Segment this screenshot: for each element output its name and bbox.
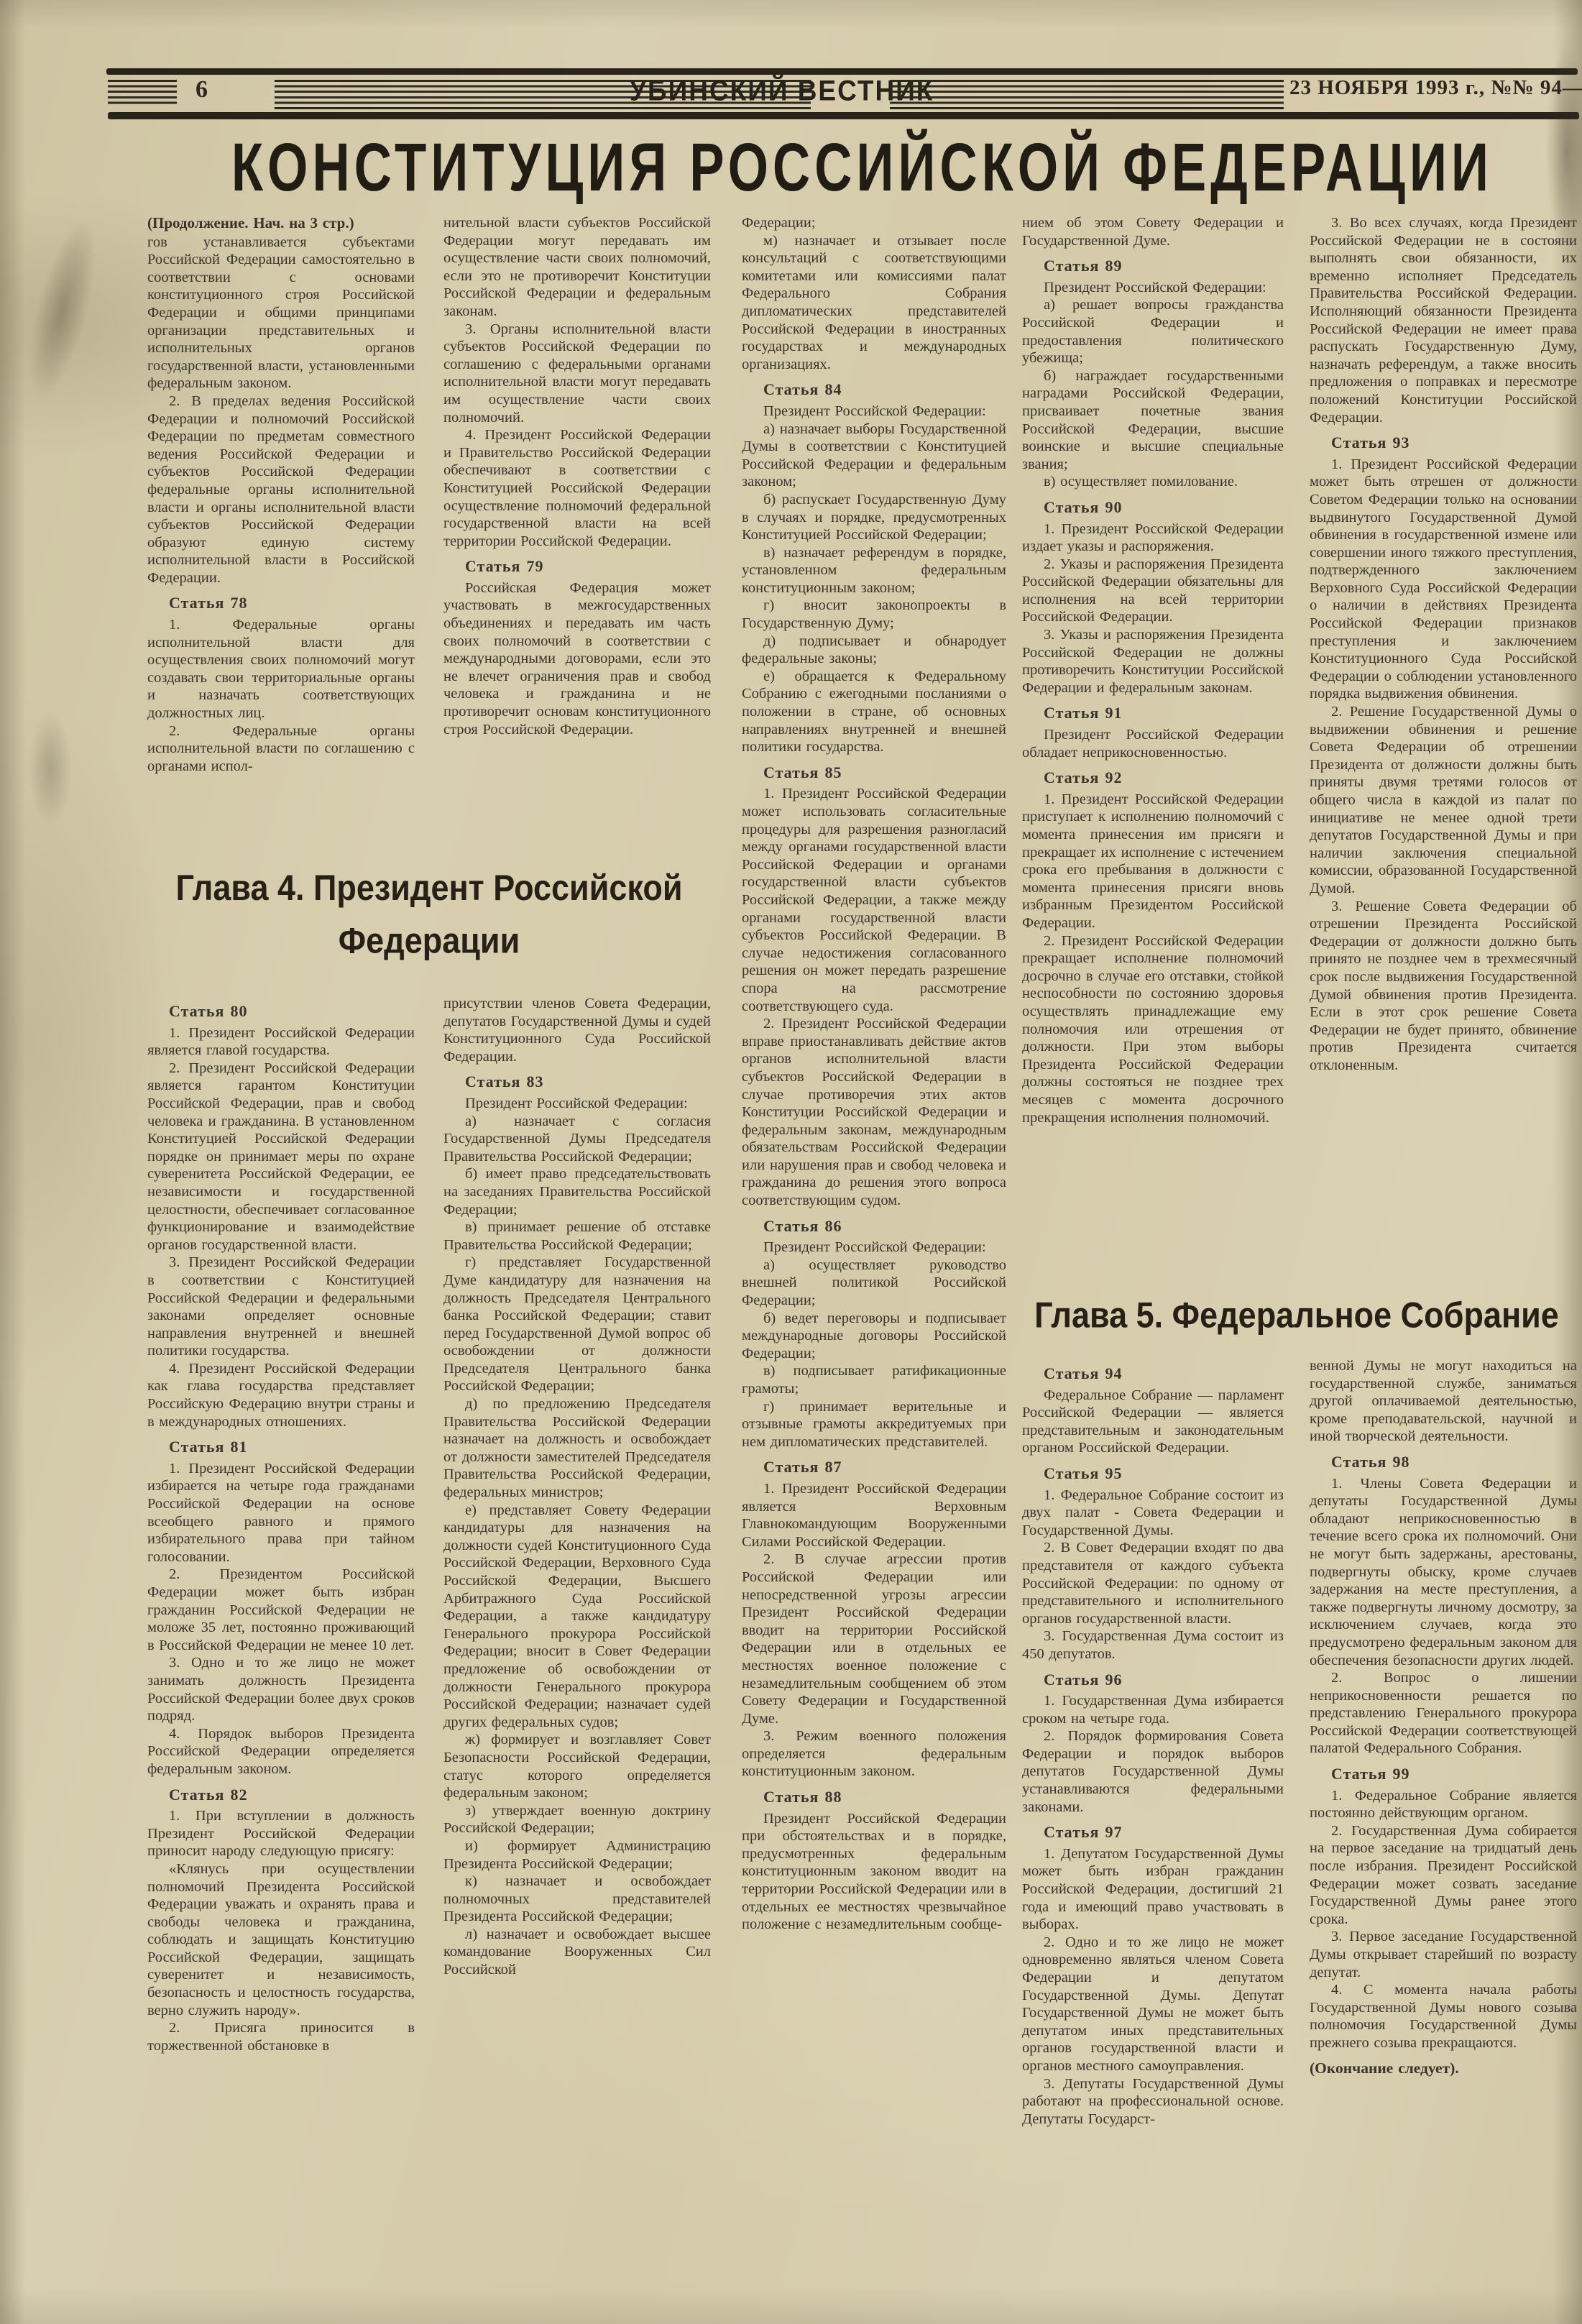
- paragraph: 2. Федеральные органы исполнительной вла…: [147, 722, 415, 776]
- article-heading: Статья 96: [1022, 1671, 1284, 1689]
- paragraph: венной Думы не могут находиться на госуд…: [1310, 1357, 1577, 1446]
- paragraph: 2. Порядок формирования Совета Федерации…: [1022, 1727, 1284, 1816]
- paragraph: б) ведет переговоры и подписывает междун…: [742, 1310, 1006, 1363]
- paragraph: Президент Российской Федерации:: [742, 403, 1006, 421]
- paragraph: 2. Решение Государственной Думы о выдвиж…: [1310, 703, 1577, 898]
- paragraph: 1. При вступлении в должность Президент …: [147, 1807, 415, 1860]
- chapter-5-line1: Глава 5. Федеральное Собрание: [1034, 1291, 1559, 1339]
- article-heading: Статья 86: [742, 1218, 1006, 1236]
- column-3: Федерации;м) назначает и отзывает после …: [742, 214, 1006, 2221]
- paragraph: 1. Президент Российской Федерации издает…: [1022, 520, 1284, 556]
- chapter-4-line2: Федерации: [339, 920, 520, 961]
- page-headline: КОНСТИТУЦИЯ РОССИЙСКОЙ ФЕДЕРАЦИИ: [147, 128, 1576, 189]
- article-heading: Статья 93: [1310, 434, 1577, 452]
- column-2-lower: присутствии членов Совета Федерации, деп…: [443, 995, 711, 2221]
- paragraph: 2. Президент Российской Федерации вправе…: [742, 1015, 1006, 1210]
- paragraph: 1. Члены Совета Федерации и депутаты Гос…: [1310, 1475, 1577, 1670]
- paragraph: б) награждает государственными наградами…: [1022, 367, 1284, 474]
- paragraph: 2. Президентом Российской Федерации може…: [147, 1566, 415, 1654]
- column-4-lower: Статья 94Федеральное Собрание — парламен…: [1022, 1357, 1284, 2221]
- paragraph: 3. Одно и то же лицо не может занимать д…: [147, 1654, 415, 1724]
- paragraph: 1. Президент Российской Федерации являет…: [147, 1024, 415, 1060]
- paragraph: г) вносит законопроекты в Государственну…: [742, 597, 1006, 632]
- paragraph: 2. Президент Российской Федерации прекра…: [1022, 932, 1284, 1127]
- article-heading: Статья 79: [443, 558, 711, 576]
- column-1-lower: Статья 801. Президент Российской Федерац…: [147, 995, 415, 2221]
- article-heading: Статья 97: [1022, 1824, 1284, 1842]
- paragraph: д) подписывает и обнародует федеральные …: [742, 633, 1006, 668]
- paragraph: Президент Российской Федерации:: [1022, 279, 1284, 297]
- paragraph: 1. Президент Российской Федерации может …: [742, 785, 1006, 1015]
- paragraph: 3. Государственная Дума состоит из 450 д…: [1022, 1627, 1284, 1663]
- paragraph: е) обращается к Федеральному Собранию с …: [742, 668, 1006, 756]
- paper-smudge: [29, 712, 72, 827]
- paragraph: 2. Президент Российской Федерации являет…: [147, 1060, 415, 1254]
- paragraph: 2. Присяга приносится в торжественной об…: [147, 2019, 415, 2054]
- paragraph: Президент Российской Федерации обладает …: [1022, 726, 1284, 761]
- column-4-upper: нием об этом Совету Федерации и Государс…: [1022, 214, 1284, 1281]
- paragraph: присутствии членов Совета Федерации, деп…: [443, 995, 711, 1065]
- column-2-upper: нительной власти субъектов Российской Фе…: [443, 214, 711, 853]
- article-heading: Статья 80: [147, 1003, 415, 1021]
- paragraph: и) формирует Администрацию Президента Ро…: [443, 1837, 711, 1873]
- masthead-ornament-left: [108, 80, 177, 106]
- paragraph: в) принимает решение об отставке Правите…: [443, 1218, 711, 1254]
- paragraph: 3. Первое заседание Государственной Думы…: [1310, 1928, 1577, 1981]
- paragraph: 2. В Совет Федерации входят по два предс…: [1022, 1539, 1284, 1627]
- article-heading: Статья 88: [742, 1788, 1006, 1806]
- paragraph: б) имеет право председательствовать на з…: [443, 1165, 711, 1218]
- paragraph: 4. С момента начала работы Государственн…: [1310, 1981, 1577, 2052]
- paragraph: г) принимает верительные и отзывные грам…: [742, 1398, 1006, 1451]
- paragraph: е) представляет Совету Федерации кандида…: [443, 1502, 711, 1732]
- chapter-4-heading: Глава 4. Президент РоссийскойФедерации: [147, 861, 711, 956]
- paragraph: 1. Президент Российской Федерации присту…: [1022, 791, 1284, 932]
- article-heading: Статья 95: [1022, 1465, 1284, 1483]
- ending-note: (Окончание следует).: [1310, 2059, 1577, 2077]
- column-1-upper: (Продолжение. Нач. на 3 стр.)гов устанав…: [147, 214, 415, 853]
- article-heading: Статья 90: [1022, 499, 1284, 517]
- paragraph: в) подписывает ратификационные грамоты;: [742, 1362, 1006, 1397]
- issue-date: 23 НОЯБРЯ 1993 г., №№ 94—95: [1289, 76, 1582, 100]
- paragraph: гов устанавливается субъектами Российско…: [147, 234, 415, 392]
- article-heading: Статья 84: [742, 381, 1006, 399]
- paragraph: д) по предложению Председателя Правитель…: [443, 1395, 711, 1502]
- article-heading: Статья 98: [1310, 1453, 1577, 1471]
- column-5-lower: венной Думы не могут находиться на госуд…: [1310, 1357, 1577, 2221]
- paragraph: м) назначает и отзывает после консультац…: [742, 232, 1006, 374]
- paragraph: 2. В случае агрессии против Российской Ф…: [742, 1551, 1006, 1727]
- paragraph: а) назначает выборы Государственной Думы…: [742, 421, 1006, 491]
- paragraph: 4. Президент Российской Федерации как гл…: [147, 1360, 415, 1430]
- paragraph: 3. Органы исполнительной власти субъекто…: [443, 321, 711, 427]
- paragraph: 4. Порядок выборов Президента Российской…: [147, 1725, 415, 1778]
- masthead-ornament-right: [890, 80, 1284, 109]
- paragraph: нием об этом Совету Федерации и Государс…: [1022, 214, 1284, 249]
- paragraph: 2. Вопрос о лишении неприкосновенности р…: [1310, 1669, 1577, 1758]
- continuation-note: (Продолжение. Нач. на 3 стр.): [147, 214, 415, 232]
- paragraph: 1. Президент Российской Федерации может …: [1310, 456, 1577, 703]
- paragraph: 2. Государственная Дума собирается на пе…: [1310, 1822, 1577, 1929]
- paragraph: в) назначает референдум в порядке, устан…: [742, 544, 1006, 597]
- chapter-5-heading: Глава 5. Федеральное Собрание: [1016, 1291, 1578, 1334]
- paragraph: 2. Одно и то же лицо не может одновремен…: [1022, 1934, 1284, 2075]
- paragraph: 2. Указы и распоряжения Президента Росси…: [1022, 556, 1284, 626]
- paragraph: 2. В пределах ведения Российской Федерац…: [147, 392, 415, 587]
- paragraph: 3. Режим военного положения определяется…: [742, 1727, 1006, 1781]
- paragraph: 3. Во всех случаях, когда Президент Росс…: [1310, 214, 1577, 426]
- article-heading: Статья 94: [1022, 1365, 1284, 1383]
- paragraph: 1. Государственная Дума избирается сроко…: [1022, 1692, 1284, 1727]
- paragraph: 3. Решение Совета Федерации об отрешении…: [1310, 898, 1577, 1075]
- paragraph: 1. Федеральное Собрание состоит из двух …: [1022, 1487, 1284, 1540]
- paragraph: 3. Президент Российской Федерации в соот…: [147, 1254, 415, 1360]
- article-heading: Статья 83: [443, 1073, 711, 1091]
- article-heading: Статья 91: [1022, 704, 1284, 722]
- paragraph: 1. Депутатом Государственной Думы может …: [1022, 1845, 1284, 1934]
- masthead-bottom-rule: [108, 112, 1579, 119]
- paragraph: «Клянусь при осуществлении полномочий Пр…: [147, 1860, 415, 2019]
- article-heading: Статья 89: [1022, 257, 1284, 275]
- paragraph: 1. Президент Российской Федерации избира…: [147, 1460, 415, 1566]
- paragraph: г) представляет Государственной Думе кан…: [443, 1254, 711, 1395]
- newspaper-page: 6 УБИНСКИЙ ВЕСТНИК 23 НОЯБРЯ 1993 г., №№…: [0, 0, 1582, 2324]
- paragraph: Президент Российской Федерации при обсто…: [742, 1810, 1006, 1934]
- paragraph: Федеральное Собрание — парламент Российс…: [1022, 1387, 1284, 1457]
- paragraph: Президент Российской Федерации:: [443, 1095, 711, 1113]
- paragraph: 1. Федеральные органы исполнительной вла…: [147, 616, 415, 722]
- paragraph: к) назначает и освобождает полномочных п…: [443, 1873, 711, 1926]
- paragraph: а) решает вопросы гражданства Российской…: [1022, 296, 1284, 367]
- article-heading: Статья 81: [147, 1438, 415, 1456]
- paragraph: Федерации;: [742, 214, 1006, 232]
- paragraph: в) осуществляет помилование.: [1022, 473, 1284, 491]
- paragraph: а) назначает с согласия Государственной …: [443, 1113, 711, 1166]
- article-heading: Статья 78: [147, 594, 415, 612]
- paragraph: б) распускает Государственную Думу в слу…: [742, 491, 1006, 544]
- paper-smudge: [16, 212, 110, 405]
- article-heading: Статья 82: [147, 1786, 415, 1804]
- article-heading: Статья 99: [1310, 1765, 1577, 1783]
- page-number: 6: [196, 76, 208, 104]
- article-heading: Статья 85: [742, 764, 1006, 782]
- paragraph: 1. Президент Российской Федерации являет…: [742, 1480, 1006, 1551]
- article-heading: Статья 87: [742, 1459, 1006, 1476]
- article-heading: Статья 92: [1022, 769, 1284, 787]
- paragraph: л) назначает и освобождает высшее команд…: [443, 1926, 711, 1979]
- chapter-4-line1: Глава 4. Президент Российской: [176, 867, 683, 908]
- paragraph: нительной власти субъектов Российской Фе…: [443, 214, 711, 321]
- paragraph: 3. Указы и распоряжения Президента Росси…: [1022, 626, 1284, 697]
- paragraph: Российская Федерация может участвовать в…: [443, 579, 711, 738]
- column-5-upper: 3. Во всех случаях, когда Президент Росс…: [1310, 214, 1577, 1281]
- paragraph: 1. Федеральное Собрание является постоян…: [1310, 1787, 1577, 1822]
- paragraph: 4. Президент Российской Федерации и Прав…: [443, 426, 711, 550]
- masthead-top-rule: [106, 68, 1578, 75]
- paragraph: а) осуществляет руководство внешней поли…: [742, 1257, 1006, 1310]
- page-headline-text: КОНСТИТУЦИЯ РОССИЙСКОЙ ФЕДЕРАЦИИ: [231, 128, 1493, 206]
- paragraph: Президент Российской Федерации:: [742, 1239, 1006, 1257]
- paragraph: 3. Депутаты Государственной Думы работаю…: [1022, 2075, 1284, 2128]
- paragraph: ж) формирует и возглавляет Совет Безопас…: [443, 1731, 711, 1801]
- newspaper-title: УБИНСКИЙ ВЕСТНИК: [630, 75, 934, 107]
- paragraph: з) утверждает военную доктрину Российско…: [443, 1802, 711, 1837]
